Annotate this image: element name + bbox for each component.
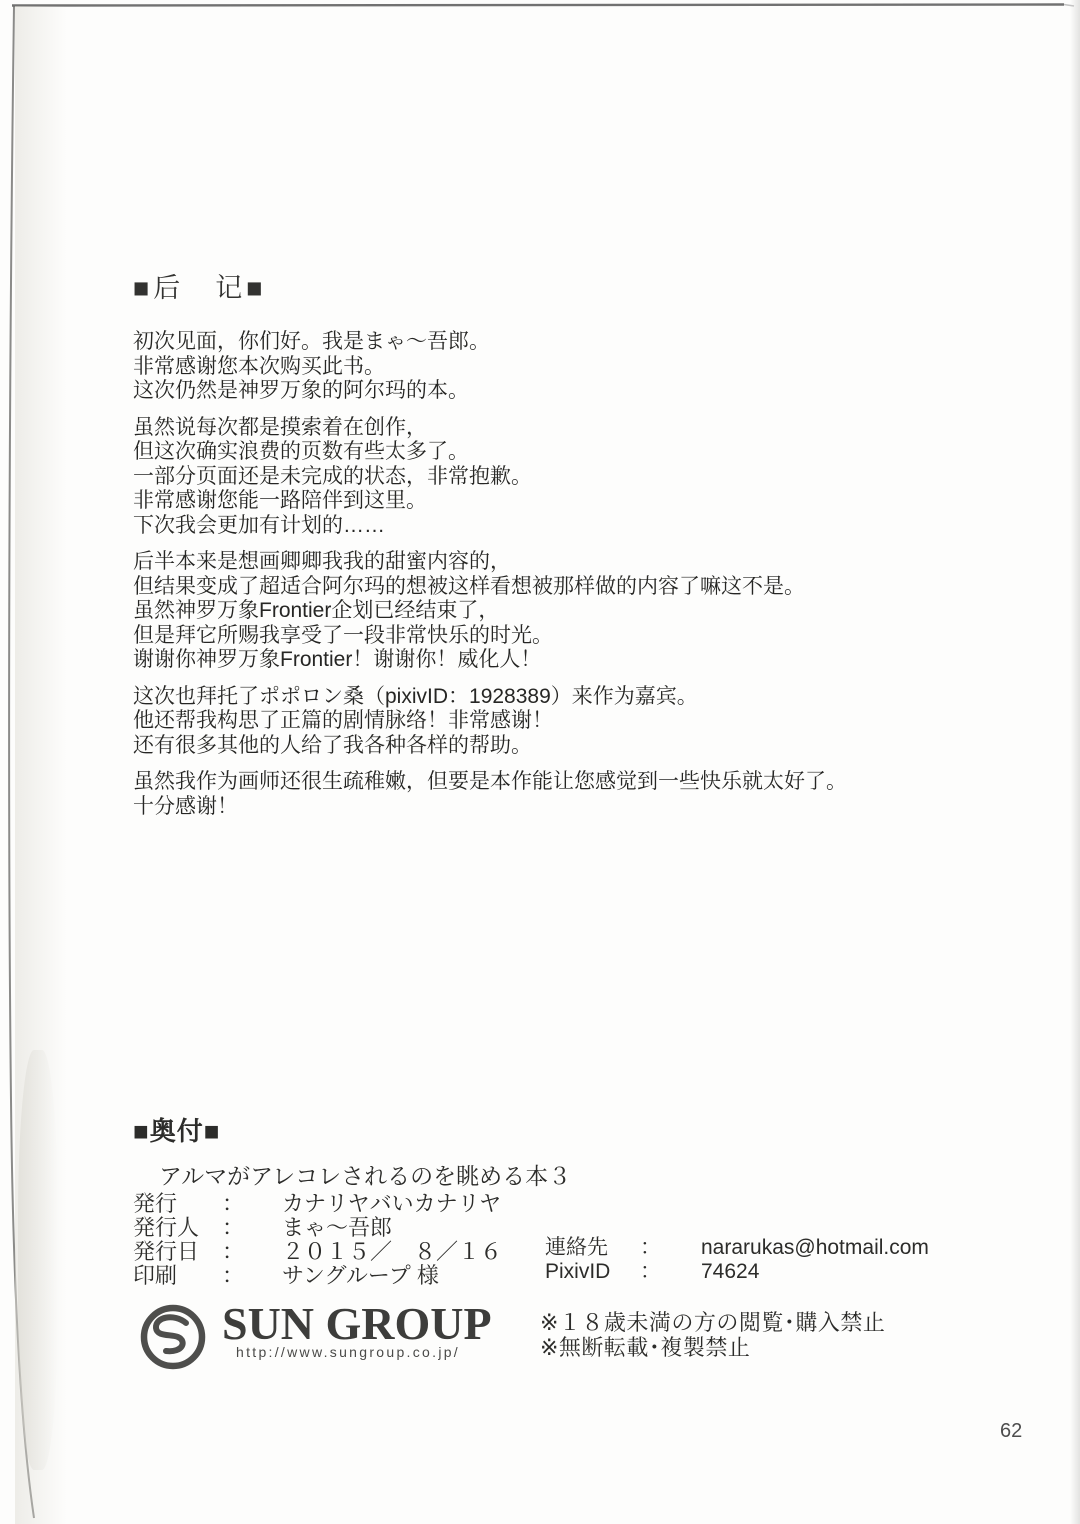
colophon-value: まゃ～吾郎: [282, 1215, 392, 1240]
colophon-value: サングループ 様: [282, 1263, 439, 1288]
contact-value: 74624: [701, 1260, 759, 1283]
colophon-separator: ：: [222, 1263, 244, 1288]
contact-value: nararukas@hotmail.com: [701, 1236, 929, 1259]
colophon-label: 発行人: [133, 1216, 222, 1240]
contact-section: 連絡先：nararukas@hotmail.com PixivID：74624: [545, 1236, 929, 1284]
colophon-separator: ：: [222, 1191, 244, 1216]
colophon-label: 発行日: [133, 1240, 222, 1264]
printer-url: http://www.sungroup.co.jp/: [236, 1344, 492, 1360]
afterword-paragraph-5: 虽然我作为画师还很生疏稚嫩，但要是本作能让您感觉到一些快乐就太好了。 十分感谢！: [133, 770, 1053, 819]
afterword-section: ■后 记■ 初次见面，你们好。我是まゃ～吾郎。 非常感谢您本次购买此书。 这次仍…: [133, 274, 1053, 831]
afterword-paragraph-2: 虽然说每次都是摸索着在创作， 但这次确实浪费的页数有些太多了。 一部分页面还是未…: [133, 416, 1053, 539]
contact-separator: ：: [640, 1260, 661, 1283]
contact-row-email: 連絡先：nararukas@hotmail.com: [545, 1236, 929, 1260]
colophon-value: カナリヤバいカナリヤ: [282, 1191, 501, 1216]
colophon-label: 印刷: [133, 1264, 222, 1288]
scanned-page: ■后 记■ 初次见面，你们好。我是まゃ～吾郎。 非常感谢您本次购买此书。 这次仍…: [0, 0, 1080, 1524]
afterword-paragraph-3: 后半本来是想画卿卿我我的甜蜜内容的， 但结果变成了超适合阿尔玛的想被这样看想被那…: [133, 550, 1053, 673]
afterword-heading: ■后 记■: [133, 274, 1053, 303]
contact-separator: ：: [640, 1236, 661, 1259]
scan-left-shading-blob: [18, 1050, 58, 1470]
colophon-value: ２０１５／ ８／１６: [282, 1239, 502, 1264]
afterword-paragraph-1: 初次见面，你们好。我是まゃ～吾郎。 非常感谢您本次购买此书。 这次仍然是神罗万象…: [133, 330, 1053, 404]
colophon-separator: ：: [222, 1239, 244, 1264]
colophon-heading: ■奥付■: [133, 1116, 953, 1146]
contact-label: 連絡先: [545, 1236, 640, 1260]
scan-right-shading: [1070, 0, 1080, 1524]
sun-group-logo-text: SUN GROUP http://www.sungroup.co.jp/: [222, 1302, 492, 1360]
page-number: 62: [1000, 1420, 1022, 1443]
printer-logo: SUN GROUP http://www.sungroup.co.jp/: [138, 1302, 492, 1372]
colophon-separator: ：: [222, 1215, 244, 1240]
age-restriction-notices: ※１８歳未満の方の閲覧･購入禁止 ※無断転載･複製禁止: [540, 1310, 885, 1360]
contact-row-pixiv: PixivID：74624: [545, 1260, 929, 1284]
contact-label: PixivID: [545, 1260, 640, 1284]
printer-name: SUN GROUP: [222, 1302, 492, 1346]
colophon-row-publisher: 発行：カナリヤバいカナリヤ: [133, 1192, 953, 1216]
sun-group-logo-icon: [138, 1302, 208, 1372]
book-title: アルマがアレコレされるのを眺める本３: [159, 1164, 953, 1189]
afterword-paragraph-4: 这次也拜托了ポポロン桑（pixivID：1928389）来作为嘉宾。 他还帮我构…: [133, 685, 1053, 759]
colophon-label: 発行: [133, 1192, 222, 1216]
